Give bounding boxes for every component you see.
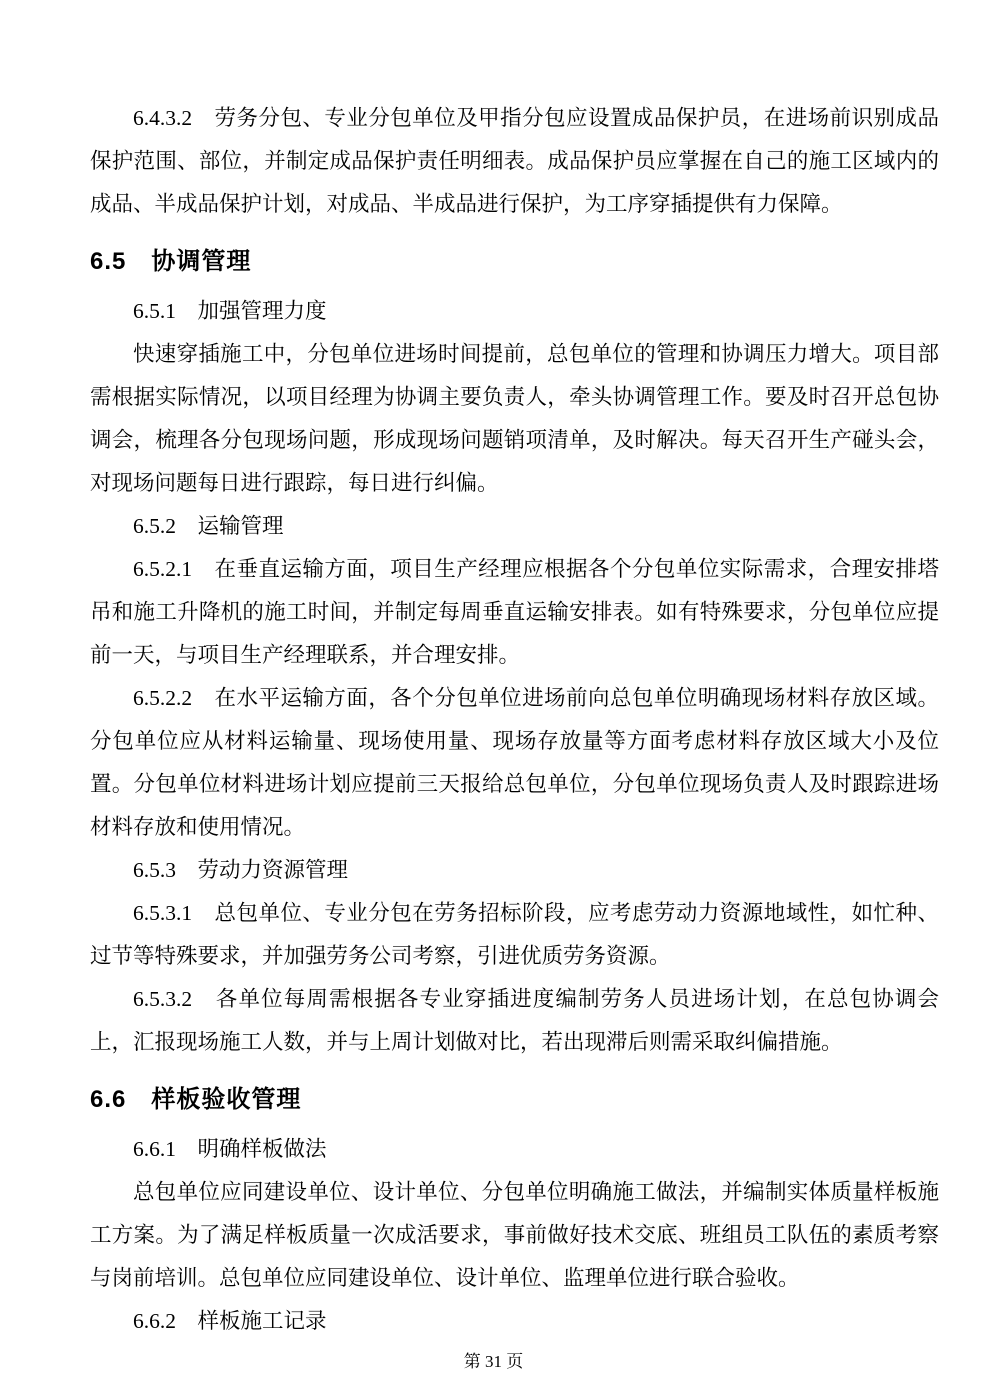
- para-6-5-3-1: 6.5.3.1 总包单位、专业分包在劳务招标阶段，应考虑劳动力资源地域性，如忙种…: [90, 892, 939, 978]
- subheading-6-5-1-strengthen-management: 6.5.1 加强管理力度: [90, 290, 939, 333]
- para-6-5-1-body: 快速穿插施工中，分包单位进场时间提前，总包单位的管理和协调压力增大。项目部需根据…: [90, 333, 939, 505]
- subheading-6-6-2-sample-construction-record: 6.6.2 样板施工记录: [90, 1300, 939, 1343]
- subheading-6-5-3-labor-resource-management: 6.5.3 劳动力资源管理: [90, 849, 939, 892]
- para-6-4-3-2: 6.4.3.2 劳务分包、专业分包单位及甲指分包应设置成品保护员，在进场前识别成…: [90, 97, 939, 226]
- para-6-5-3-2: 6.5.3.2 各单位每周需根据各专业穿插进度编制劳务人员进场计划，在总包协调会…: [90, 978, 939, 1064]
- section-heading-6-5-coordination-management: 6.5 协调管理: [90, 240, 939, 284]
- para-6-5-2-1: 6.5.2.1 在垂直运输方面，项目生产经理应根据各个分包单位实际需求，合理安排…: [90, 548, 939, 677]
- para-6-6-1-body: 总包单位应同建设单位、设计单位、分包单位明确施工做法，并编制实体质量样板施工方案…: [90, 1171, 939, 1300]
- subheading-6-6-1-clarify-sample-method: 6.6.1 明确样板做法: [90, 1128, 939, 1171]
- section-heading-6-6-sample-acceptance-management: 6.6 样板验收管理: [90, 1078, 939, 1122]
- para-6-5-2-2: 6.5.2.2 在水平运输方面，各个分包单位进场前向总包单位明确现场材料存放区域…: [90, 677, 939, 849]
- subheading-6-5-2-transport-management: 6.5.2 运输管理: [90, 505, 939, 548]
- page-number-footer: 第 31 页: [0, 1352, 987, 1372]
- document-page: 6.4.3.2 劳务分包、专业分包单位及甲指分包应设置成品保护员，在进场前识别成…: [0, 0, 987, 1398]
